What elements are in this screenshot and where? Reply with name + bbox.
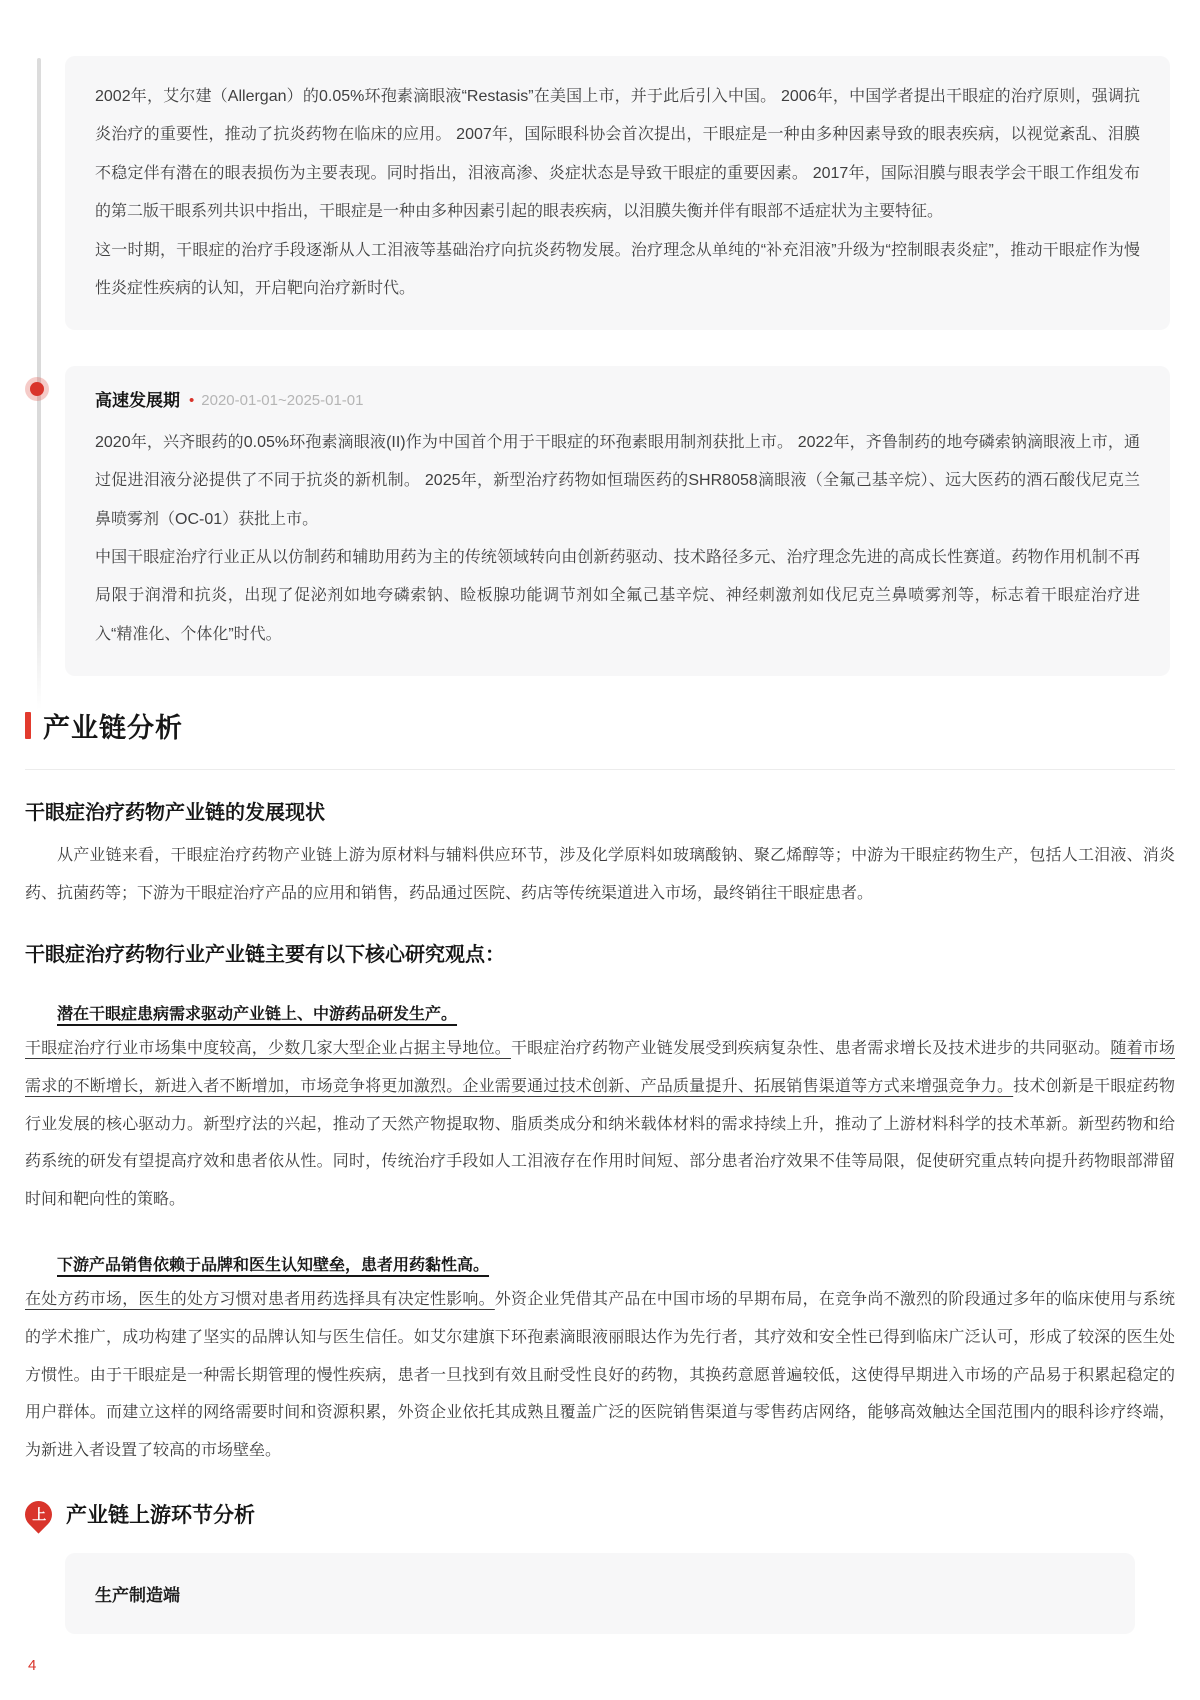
upstream-section-title: 产业链上游环节分析 — [66, 1499, 255, 1529]
sentence: 干眼症治疗药物产业链发展受到疾病复杂性、患者需求增长及技术进步的共同驱动。 — [511, 1040, 1110, 1057]
underlined-sentence: 干眼症治疗行业市场集中度较高，少数几家大型企业占据主导地位。 — [25, 1040, 511, 1057]
subsection-heading-viewpoints: 干眼症治疗药物行业产业链主要有以下核心研究观点： — [25, 938, 1175, 967]
viewpoint-title: 下游产品销售依赖于品牌和医生认知壁垒，患者用药黏性高。 — [25, 1252, 1175, 1275]
page-number: 4 — [28, 1657, 36, 1674]
timeline-card-previous-period: 2002年，艾尔建（Allergan）的0.05%环孢素滴眼液“Restasis… — [65, 56, 1170, 330]
sentence: 技术创新是干眼症药物行业发展的核心驱动力。新型疗法的兴起，推动了天然产物提取物、… — [25, 1078, 1175, 1208]
section-divider — [25, 769, 1175, 770]
sentence: 外资企业凭借其产品在中国市场的早期布局，在竞争尚不激烈的阶段通过多年的临床使用与… — [25, 1291, 1175, 1458]
manufacturing-card-title: 生产制造端 — [95, 1581, 1105, 1606]
section-title: 产业链分析 — [43, 706, 183, 745]
timeline-card-rapid-growth: 高速发展期 • 2020-01-01~2025-01-01 2020年，兴齐眼药… — [65, 366, 1170, 676]
timeline-item-date-range: 2020-01-01~2025-01-01 — [201, 390, 363, 413]
subsection-heading-current-status: 干眼症治疗药物产业链的发展现状 — [25, 796, 1175, 825]
timeline-paragraph: 2020年，兴齐眼药的0.05%环孢素滴眼液(II)作为中国首个用于干眼症的环孢… — [95, 424, 1140, 539]
viewpoint-title: 潜在干眼症患病需求驱动产业链上、中游药品研发生产。 — [25, 1001, 1175, 1024]
timeline-paragraph: 2002年，艾尔建（Allergan）的0.05%环孢素滴眼液“Restasis… — [95, 78, 1140, 232]
manufacturing-card: 生产制造端 — [65, 1553, 1135, 1634]
upstream-section-header: 上 产业链上游环节分析 — [25, 1499, 1175, 1529]
timeline-item-rapid-growth: 高速发展期 • 2020-01-01~2025-01-01 2020年，兴齐眼药… — [65, 366, 1170, 676]
current-status-paragraph: 从产业链来看，干眼症治疗药物产业链上游为原材料与辅料供应环节，涉及化学原料如玻璃… — [25, 837, 1175, 912]
viewpoint-paragraph: 在处方药市场，医生的处方习惯对患者用药选择具有决定性影响。外资企业凭借其产品在中… — [25, 1281, 1175, 1469]
viewpoint-paragraph: 干眼症治疗行业市场集中度较高，少数几家大型企业占据主导地位。干眼症治疗药物产业链… — [25, 1030, 1175, 1218]
section-accent-bar — [25, 712, 31, 739]
timeline-paragraph: 这一时期，干眼症的治疗手段逐渐从人工泪液等基础治疗向抗炎药物发展。治疗理念从单纯… — [95, 232, 1140, 309]
timeline-dot-icon — [30, 382, 44, 396]
timeline-item-title: 高速发展期 — [95, 388, 180, 414]
underlined-sentence: 在处方药市场，医生的处方习惯对患者用药选择具有决定性影响。 — [25, 1291, 495, 1308]
timeline-paragraph: 中国干眼症治疗行业正从以仿制药和辅助用药为主的传统领域转向由创新药驱动、技术路径… — [95, 539, 1140, 654]
timeline-section: 2002年，艾尔建（Allergan）的0.05%环孢素滴眼液“Restasis… — [65, 56, 1170, 676]
dot-separator-icon: • — [189, 390, 194, 413]
timeline-item-header: 高速发展期 • 2020-01-01~2025-01-01 — [95, 388, 1140, 414]
pin-badge-label: 上 — [32, 1504, 46, 1524]
section-header: 产业链分析 — [25, 706, 1175, 745]
upstream-pin-badge-icon: 上 — [19, 1495, 57, 1533]
